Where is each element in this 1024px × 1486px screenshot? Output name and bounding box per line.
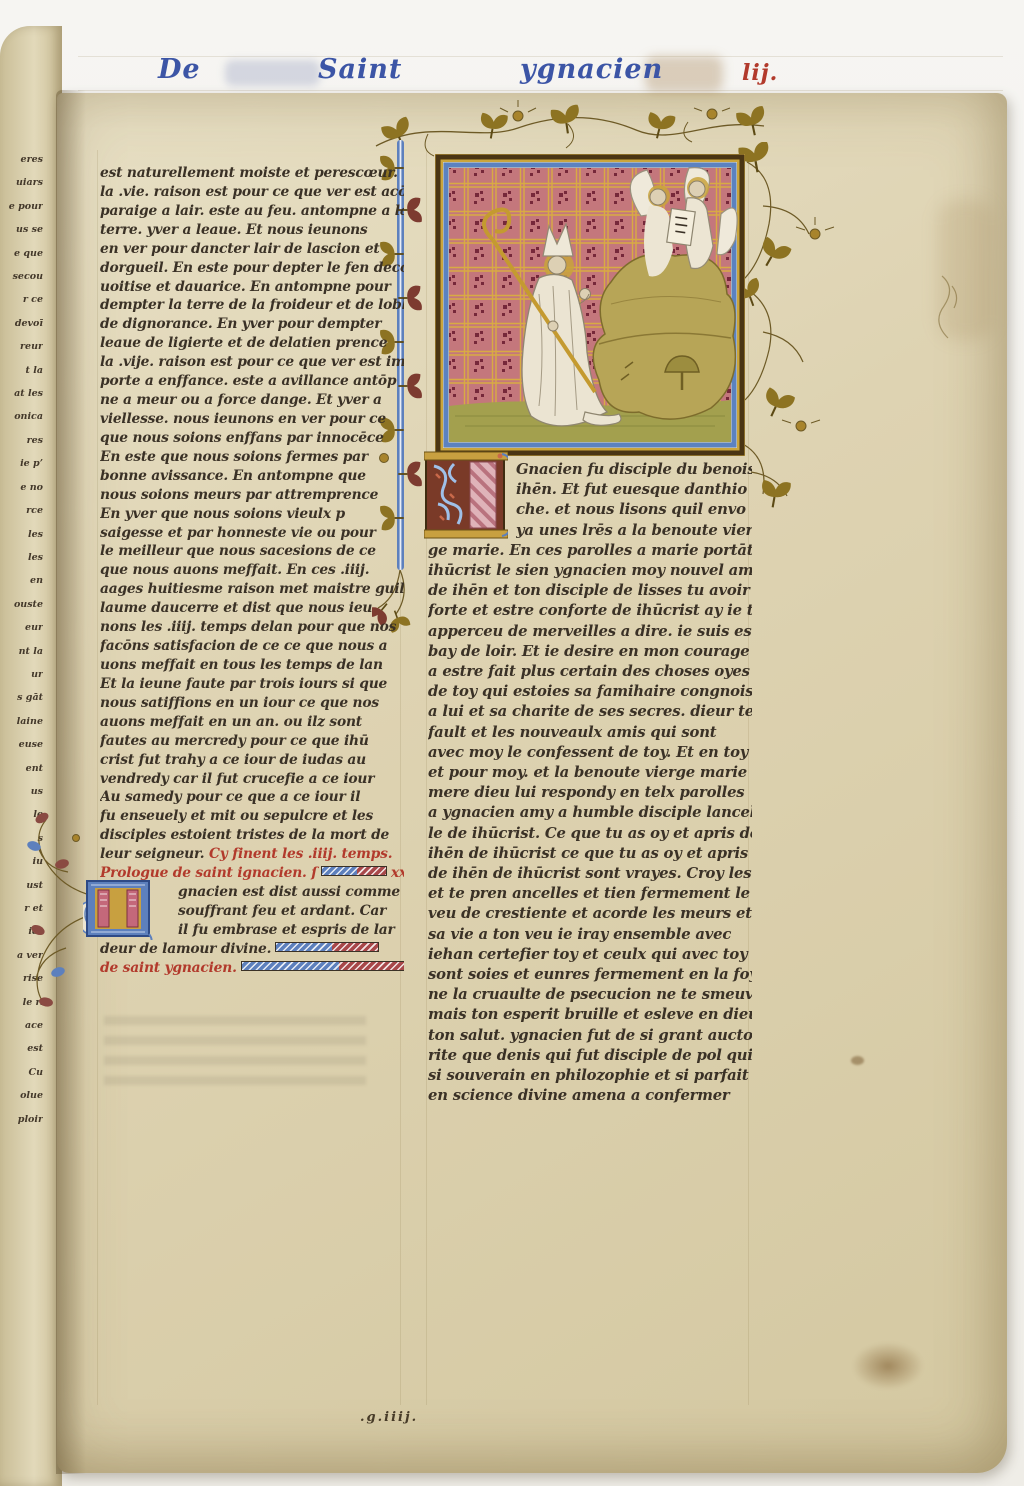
text-fragment: laine — [0, 710, 43, 733]
text-fragment: en — [0, 569, 43, 592]
text-showthrough — [104, 1016, 366, 1025]
manuscript-text-line: disciples estoient tristes de la mort de — [100, 826, 404, 845]
manuscript-text-line: porte a enffance. este a avillance antōp — [100, 372, 404, 391]
manuscript-text-line: fault et les nouveaulx amis qui sont — [428, 723, 752, 743]
text-fragment: us — [0, 780, 43, 803]
text-fragment: rce — [0, 499, 43, 522]
manuscript-text-line: a estre fait plus certain des choses oye… — [428, 662, 752, 682]
manuscript-text-line: forte et estre conforte de ihūcrist ay i… — [428, 601, 752, 621]
text-fragment: reur — [0, 335, 43, 358]
text-fragment: s gāt — [0, 686, 43, 709]
manuscript-text-line: sa vie a ton veu ie iray ensemble avec — [428, 925, 752, 945]
manuscript-text-line: ihūcrist le sien ygnacien moy nouvel amy — [428, 561, 752, 581]
text-fragment: ouste — [0, 593, 43, 616]
text-fragment: eres — [0, 148, 43, 171]
explicit-line: leur seigneur. Cy finent les .iiij. temp… — [100, 845, 404, 864]
text-fragment: ploir — [0, 1108, 43, 1131]
paraph-mark: ſ — [311, 865, 317, 881]
manuscript-text-line: de ihēn de ihūcrist sont vrayes. Croy le… — [428, 864, 752, 884]
manuscript-text-line: deur de lamour divine. — [100, 940, 404, 959]
manuscript-text-line: si souverain en philozophie et si parfai… — [428, 1066, 752, 1086]
text-fragment: at les — [0, 382, 43, 405]
line-filler — [321, 866, 387, 876]
rubric-text: Prologue de saint ignacien. — [100, 865, 307, 881]
manuscript-text-line: de ihēn et ton disciple de lisses tu avo… — [428, 581, 752, 601]
manuscript-text-line: en science divine amena a confermer — [428, 1086, 752, 1106]
manuscript-text-line: la .vije. raison est pour ce que ver est… — [100, 353, 404, 372]
manuscript-text-line: Gnacien fu disciple du benoist — [516, 460, 752, 480]
manuscript-text-line: mere dieu lui respondy en telx parolles — [428, 783, 752, 803]
manuscript-text-line: uoitise et dauarice. En antompne pour — [100, 278, 404, 297]
manuscript-photo: eresuiarse pourus see quesecour cedevoīr… — [0, 0, 1024, 1486]
text-fragment: ur — [0, 663, 43, 686]
text-fragment: Cu — [0, 1061, 43, 1084]
text-fragment: e pour — [0, 195, 43, 218]
left-text-column: est naturellement moiste et perescœur.la… — [100, 164, 404, 978]
text-fragment: nt la — [0, 640, 43, 663]
manuscript-text-line: fu enseuely et mit ou sepulcre et les — [100, 807, 404, 826]
hill — [593, 254, 735, 419]
manuscript-text-line: che. et nous lisons quil envo — [516, 500, 752, 520]
manuscript-text-line: mais ton esperit bruille et esleve en di… — [428, 1005, 752, 1025]
manuscript-text-line: Au samedy pour ce que a ce iour il — [100, 788, 404, 807]
text-fragment: ent — [0, 757, 43, 780]
ruling-line — [97, 150, 98, 1405]
manuscript-text-line: leaue de ligierte et de delatien prence — [100, 334, 404, 353]
manuscript-text-line: aages huitiesme raison met maistre guil — [100, 580, 404, 599]
manuscript-text-line: bonne avissance. En antompne que — [100, 467, 404, 486]
text-fragment: eur — [0, 616, 43, 639]
manuscript-text-line: crist fut trahy a ce iour de iudas au — [100, 751, 404, 770]
manuscript-text-line: ne a meur ou a force dange. Et yver a — [100, 391, 404, 410]
rubric-text: Cy finent les .iiij. temps. — [209, 846, 392, 862]
scroll — [667, 208, 695, 245]
manuscript-text-line: que nous soions enffans par innocēce — [100, 429, 404, 448]
manuscript-text-line: en ver pour dancter lair de lascion et — [100, 240, 404, 259]
right-text-column: Gnacien fu disciple du benoistihēn. Et f… — [428, 460, 752, 1107]
running-title-ygnacien: ygnacien — [520, 54, 663, 85]
manuscript-text-line: bay de loir. Et ie desire en mon courage — [428, 642, 752, 662]
text-fragment: les — [0, 546, 43, 569]
text-fragment: devoī — [0, 312, 43, 335]
manuscript-text-line: a ygnacien amy a humble disciple lancel — [428, 803, 752, 823]
manuscript-text-line: Et la ieune faute par trois iours si que — [100, 675, 404, 694]
quire-signature: .g.iiij. — [360, 1410, 418, 1425]
text-fragment: est — [0, 1037, 43, 1060]
text-showthrough — [104, 1056, 366, 1065]
manuscript-text-line: que nous auons meffait. En ces .iiij. — [100, 561, 404, 580]
running-title-de: De — [158, 54, 201, 85]
manuscript-text-line: iehan certefier toy et ceulx qui avec to… — [428, 945, 752, 965]
rubric-line: Prologue de saint ignacien. ſxxxviij — [100, 864, 404, 883]
manuscript-text-line: paraige a lair. este au feu. antompne a … — [100, 202, 404, 221]
gutter-shadow — [56, 90, 86, 1474]
right-margin-spray — [733, 142, 848, 512]
manuscript-text-line: vendredy car il fut crucefie a ce iour — [100, 770, 404, 789]
manuscript-text-line: ihēn. Et fut euesque danthio — [516, 480, 752, 500]
manuscript-text-line: de toy qui estoies sa famihaire congnois… — [428, 682, 752, 702]
manuscript-text-line: ton salut. ygnacien fut de si grant auct… — [428, 1026, 752, 1046]
manuscript-text-line: En yver que nous soions vieulx p — [100, 505, 404, 524]
text-fragment: onica — [0, 405, 43, 428]
manuscript-text-line: auons meffait en un an. ou ilz sont — [100, 713, 404, 732]
text-fragment: secou — [0, 265, 43, 288]
manuscript-text-line: terre. yver a leaue. Et nous ieunons — [100, 221, 404, 240]
running-title-saint: Saint — [318, 54, 402, 85]
text-fragment: t la — [0, 359, 43, 382]
ink-showthrough — [225, 60, 320, 86]
text-fragment: e no — [0, 476, 43, 499]
text-showthrough — [104, 1036, 366, 1045]
text-fragment: uiars — [0, 171, 43, 194]
chapter-number: xxxviij — [391, 865, 404, 881]
manuscript-text-line: ya unes lrēs a la benoute vier — [516, 521, 752, 541]
rubric-text: de saint ygnacien. — [100, 960, 237, 976]
manuscript-text-line: est naturellement moiste et perescœur. — [100, 164, 404, 183]
text-fragment: euse — [0, 733, 43, 756]
text-fragment: r ce — [0, 288, 43, 311]
manuscript-text-line: laume daucerre et dist que nous ieu — [100, 599, 404, 618]
manuscript-text-line: ihēn de ihūcrist ce que tu as oy et apri… — [428, 844, 752, 864]
manuscript-text-line: a lui et sa charite de ses secres. dieur… — [428, 702, 752, 722]
manuscript-text-line: apperceu de merveilles a dire. ie suis e… — [428, 622, 752, 642]
manuscript-text-line: nous satiffions en un iour ce que nos — [100, 694, 404, 713]
text-fragment: res — [0, 429, 43, 452]
text-fragment: ie pʼ — [0, 452, 43, 475]
manuscript-text-line: uons meffait en tous les temps de lan — [100, 656, 404, 675]
manuscript-text-line: sont soies et eunres fermement en la foy — [428, 965, 752, 985]
manuscript-text-line: souffrant feu et ardant. Car — [178, 902, 404, 921]
manuscript-text-line: avec moy le confessent de toy. Et en toy — [428, 743, 752, 763]
manuscript-text-line: En este que nous soions fermes par — [100, 448, 404, 467]
manuscript-text-line: nons les .iiij. temps delan pour que nos — [100, 618, 404, 637]
manuscript-text-line: et te pren ancelles et tien fermement le — [428, 884, 752, 904]
text-showthrough — [104, 1076, 366, 1085]
text-fragment: olue — [0, 1084, 43, 1107]
line-filler — [241, 961, 404, 971]
miniature-saint-ignatius — [435, 154, 745, 456]
manuscript-text-line: de dignorance. En yver pour dempter — [100, 315, 404, 334]
folio-number: lij. — [742, 60, 778, 86]
text-fragment: us se — [0, 218, 43, 241]
manuscript-text-line: le meilleur que nous sacesions de ce — [100, 542, 404, 561]
manuscript-text-line: et pour moy. et la benoute vierge marie — [428, 763, 752, 783]
manuscript-text-line: dempter la terre de la froideur et de lo… — [100, 296, 404, 315]
manuscript-text-line: gnacien est dist aussi comme — [178, 883, 404, 902]
manuscript-text-line: saigesse et par honneste vie ou pour — [100, 524, 404, 543]
manuscript-text-line: rite que denis qui fut disciple de pol q… — [428, 1046, 752, 1066]
pen-flourish — [922, 272, 967, 342]
manuscript-text-line: ne la cruaulte de psecucion ne te smeuve — [428, 985, 752, 1005]
manuscript-text-line: dorgueil. En este pour depter le fen dec… — [100, 259, 404, 278]
manuscript-text-line: il fu embrase et espris de lar — [178, 921, 404, 940]
rubric-line: de saint ygnacien. — [100, 959, 404, 978]
manuscript-text-line: viellesse. nous ieunons en ver pour ce — [100, 410, 404, 429]
manuscript-text-line: ge marie. En ces parolles a marie portāt — [428, 541, 752, 561]
manuscript-text-line: veu de crestiente et acorde les meurs et — [428, 904, 752, 924]
text-fragment: les — [0, 523, 43, 546]
ruling-line — [78, 90, 1003, 91]
manuscript-text-line: facōns satisfacion de ce ce que nous a — [100, 637, 404, 656]
manuscript-text-line: nous soions meurs par attremprence — [100, 486, 404, 505]
line-filler — [275, 942, 379, 952]
text-fragment: e que — [0, 242, 43, 265]
manuscript-text-line: le de ihūcrist. Ce que tu as oy et apris… — [428, 824, 752, 844]
manuscript-text-line: la .vie. raison est pour ce que ver est … — [100, 183, 404, 202]
manuscript-text-line: fautes au mercredy pour ce que ihū — [100, 732, 404, 751]
